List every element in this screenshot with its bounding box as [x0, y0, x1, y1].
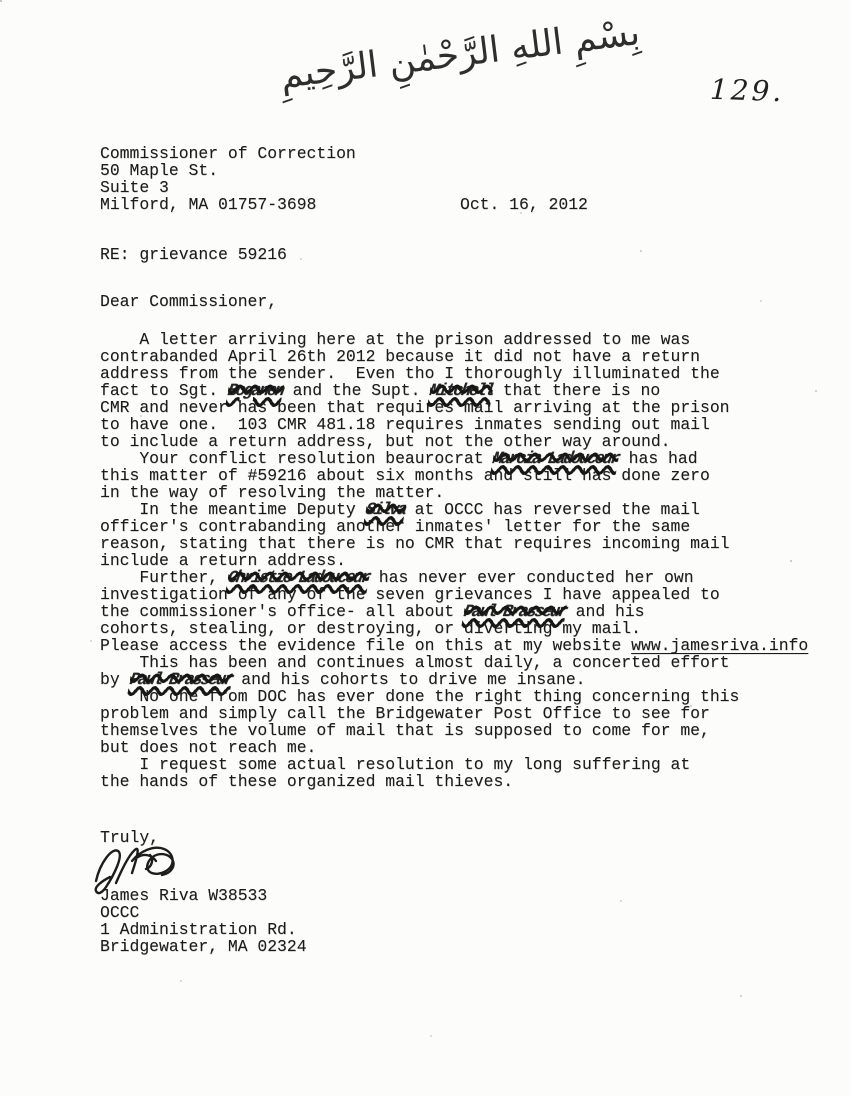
scribbled-out-name: Mitchell: [429, 382, 495, 400]
signature-line: Bridgewater, MA 02324: [100, 938, 845, 955]
body-line: Further, Christie Ladouceur has never ev…: [100, 569, 845, 586]
body-line: address from the sender. Even tho I thor…: [100, 365, 845, 382]
address-line: Milford, MA 01757-3698Oct. 16, 2012: [100, 196, 845, 213]
body-line: to have one. 103 CMR 481.18 requires inm…: [100, 416, 845, 433]
address-line: 50 Maple St.: [100, 162, 845, 179]
body-line: cohorts, stealing, or destroying, or div…: [100, 620, 845, 637]
body-line: fact to Sgt. Boganen and the Supt. Mitch…: [100, 382, 845, 399]
body-line: in the way of resolving the matter.: [100, 484, 845, 501]
body-line: investigation of any of the seven grieva…: [100, 586, 845, 603]
scanned-letter-page: بِسْمِ اللهِ الرَّحْمٰنِ الرَّحِيمِ 129.…: [0, 0, 850, 1096]
recipient-address-block: Commissioner of Correction50 Maple St.Su…: [100, 145, 845, 213]
body-line: include a return address.: [100, 552, 845, 569]
address-line: Suite 3: [100, 179, 845, 196]
letter-body: A letter arriving here at the prison add…: [100, 331, 845, 790]
body-line: to include a return address, but not the…: [100, 433, 845, 450]
scribbled-out-name: Christie Ladouceur: [226, 569, 370, 587]
body-line: In the meantime Deputy Silva at OCCC has…: [100, 501, 845, 518]
body-line: contrabanded April 26th 2012 because it …: [100, 348, 845, 365]
salutation: Dear Commissioner,: [100, 293, 845, 310]
address-line: Commissioner of Correction: [100, 145, 845, 162]
signature-line: OCCC: [100, 904, 845, 921]
body-line: themselves the volume of mail that is su…: [100, 722, 845, 739]
body-line: Your conflict resolution beaurocrat Marc…: [100, 450, 845, 467]
letter-content: Commissioner of Correction50 Maple St.Su…: [100, 145, 845, 955]
scribbled-out-name: Silva: [364, 501, 406, 519]
re-line: RE: grievance 59216: [100, 246, 845, 263]
body-line: problem and simply call the Bridgewater …: [100, 705, 845, 722]
closing-block: Truly, James Riva W38533OCCC1 Administra…: [100, 829, 845, 955]
signature-line: 1 Administration Rd.: [100, 921, 845, 938]
signature-name-block: James Riva W38533OCCC1 Administration Rd…: [100, 887, 845, 955]
body-line: but does not reach me.: [100, 739, 845, 756]
body-line: this matter of #59216 about six months a…: [100, 467, 845, 484]
body-line: I request some actual resolution to my l…: [100, 756, 845, 773]
address-text: Milford, MA 01757-3698: [100, 195, 316, 214]
handwritten-page-number: 129.: [709, 73, 784, 109]
scribbled-out-name: Paul Brasseur: [128, 671, 233, 689]
body-line: A letter arriving here at the prison add…: [100, 331, 845, 348]
closing-word: Truly,: [100, 829, 845, 846]
scribbled-out-name: Paul Brasseur: [462, 603, 567, 621]
body-line: reason, stating that there is no CMR tha…: [100, 535, 845, 552]
body-line: officer's contrabanding another inmates'…: [100, 518, 845, 535]
scribbled-out-name: Boganen: [226, 382, 284, 400]
body-line: This has been and continues almost daily…: [100, 654, 845, 671]
signature-line: James Riva W38533: [100, 887, 845, 904]
body-text: the hands of these organized mail thieve…: [100, 772, 513, 791]
bismillah-calligraphy: بِسْمِ اللهِ الرَّحْمٰنِ الرَّحِيمِ: [204, 3, 715, 106]
body-line: No one from DOC has ever done the right …: [100, 688, 845, 705]
body-line: Please access the evidence file on this …: [100, 637, 845, 654]
letter-date: Oct. 16, 2012: [460, 196, 588, 213]
scribbled-out-name: Marcia Ladouceur: [492, 450, 621, 468]
body-line: the commissioner's office- all about Pau…: [100, 603, 845, 620]
body-line: CMR and never has been that requires mai…: [100, 399, 845, 416]
body-line: the hands of these organized mail thieve…: [100, 773, 845, 790]
body-line: by Paul Brasseur and his cohorts to driv…: [100, 671, 845, 688]
